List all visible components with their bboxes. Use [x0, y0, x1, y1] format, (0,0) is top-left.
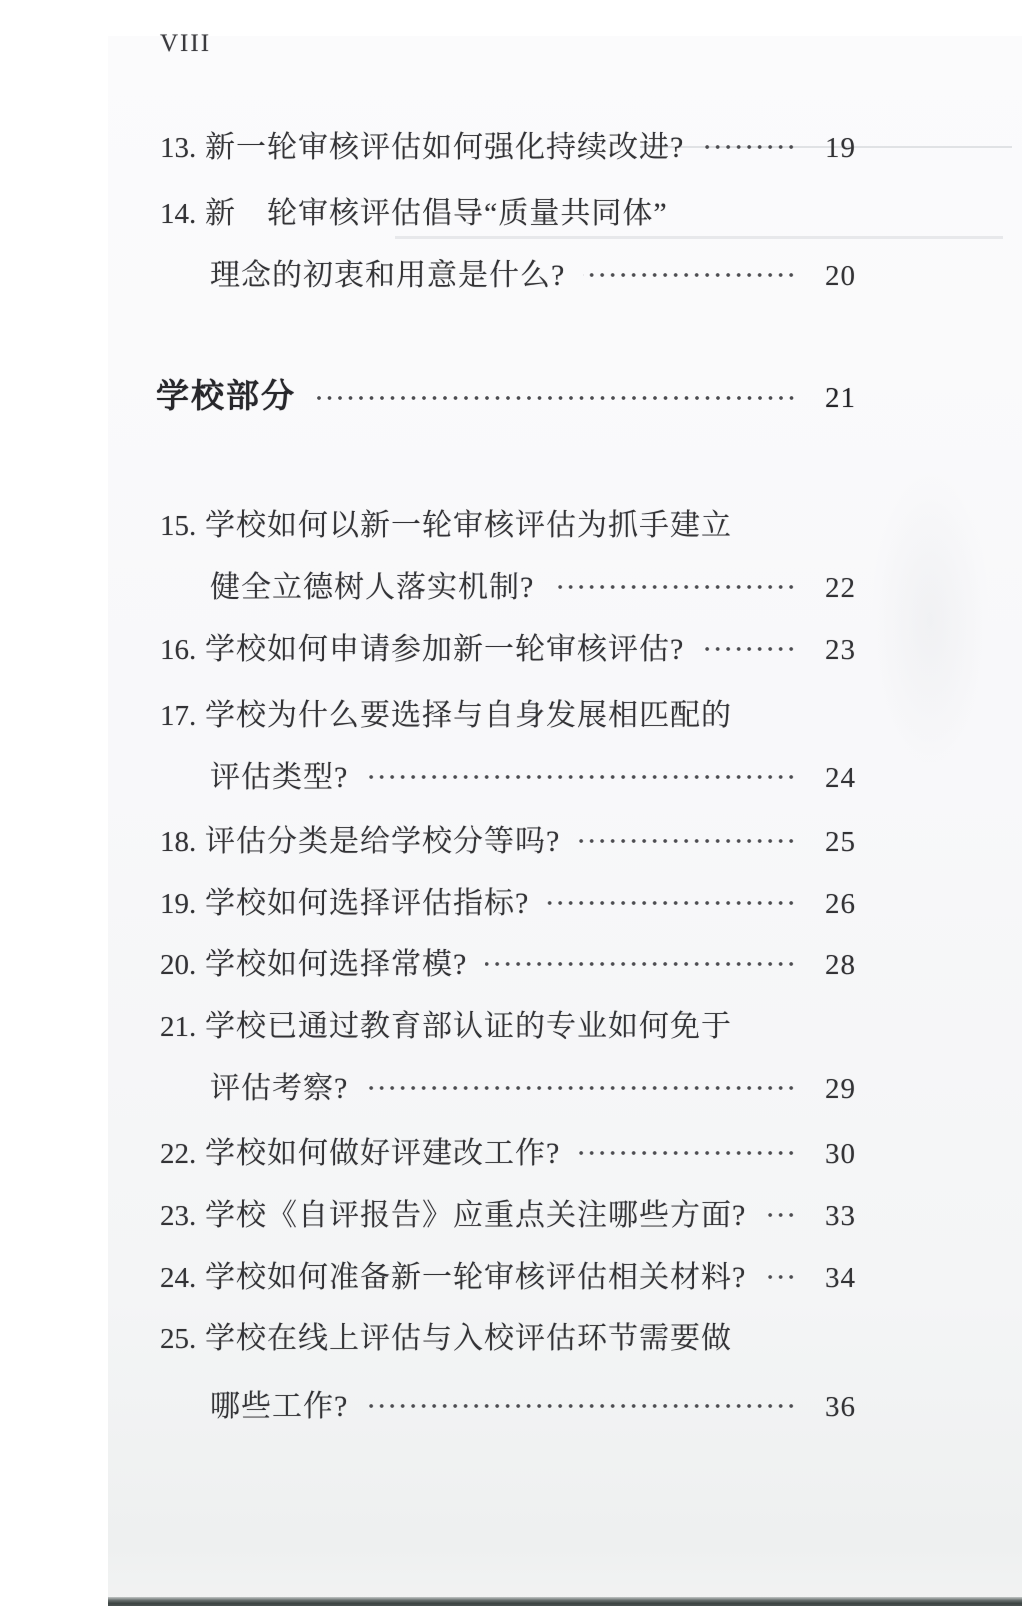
- entry-text: 新一轮审核评估如何强化持续改进?: [205, 122, 684, 166]
- entry-text: 学校如何准备新一轮审核评估相关材料?: [205, 1252, 746, 1296]
- dot-leader: [547, 897, 798, 909]
- entry-text: 评估考察?: [210, 1063, 348, 1107]
- dot-leader: [366, 771, 798, 783]
- entry-text: 哪些工作?: [210, 1381, 348, 1425]
- entry-page: 29: [812, 1073, 856, 1106]
- entry-text: 健全立德树人落实机制?: [210, 562, 534, 606]
- entry-number: 14.: [160, 198, 205, 231]
- entry-page: 36: [812, 1391, 856, 1424]
- entry-number: 17.: [160, 700, 205, 733]
- toc-entry: 15. 学校如何以新一轮审核评估为抓手建立: [160, 500, 856, 544]
- toc-entry: 22. 学校如何做好评建改工作? 30: [160, 1128, 856, 1172]
- dot-leader: [764, 1209, 798, 1221]
- entry-page: 21: [812, 382, 856, 415]
- toc-entry-continuation: 理念的初衷和用意是什么? 20: [210, 250, 856, 294]
- toc-entry: 16. 学校如何申请参加新一轮审核评估? 23: [160, 624, 856, 668]
- toc-entry: 14. 新 轮审核评估倡导“质量共同体”: [160, 188, 856, 232]
- section-title: 学校部分: [156, 370, 296, 417]
- toc-entry: 17. 学校为什么要选择与自身发展相匹配的: [160, 690, 856, 734]
- entry-text: 学校如何申请参加新一轮审核评估?: [205, 624, 684, 668]
- dot-leader: [702, 141, 798, 153]
- entry-text: 学校为什么要选择与自身发展相匹配的: [205, 690, 732, 734]
- entry-number: 24.: [160, 1262, 205, 1295]
- entry-text: 学校已通过教育部认证的专业如何免于: [205, 1001, 732, 1045]
- dot-leader: [366, 1400, 798, 1412]
- entry-text: 学校如何选择评估指标?: [205, 878, 529, 922]
- entry-page: 24: [812, 762, 856, 795]
- entry-text: 学校如何选择常模?: [205, 939, 467, 983]
- toc-entry-continuation: 评估考察? 29: [210, 1063, 856, 1107]
- dot-leader: [583, 269, 798, 281]
- dot-leader: [552, 581, 798, 593]
- toc-entry: 23. 学校《自评报告》应重点关注哪些方面? 33: [160, 1190, 856, 1234]
- toc-entry: 21. 学校已通过教育部认证的专业如何免于: [160, 1001, 856, 1045]
- entry-number: 16.: [160, 634, 205, 667]
- entry-text: 学校如何做好评建改工作?: [205, 1128, 560, 1172]
- entry-page: 34: [812, 1262, 856, 1295]
- entry-page: 33: [812, 1200, 856, 1233]
- toc-entry: 18. 评估分类是给学校分等吗? 25: [160, 816, 856, 860]
- entry-page: 22: [812, 572, 856, 605]
- entry-number: 18.: [160, 826, 205, 859]
- toc-entry: 25. 学校在线上评估与入校评估环节需要做: [160, 1313, 856, 1357]
- toc-entry-continuation: 评估类型? 24: [210, 752, 856, 796]
- entry-number: 20.: [160, 949, 205, 982]
- entry-number: 13.: [160, 132, 205, 165]
- entry-page: 25: [812, 826, 856, 859]
- page-edge-shadow: [108, 1597, 1022, 1606]
- entry-page: 28: [812, 949, 856, 982]
- dot-leader: [366, 1082, 798, 1094]
- entry-page: 20: [812, 260, 856, 293]
- dot-leader: [764, 1271, 798, 1283]
- toc-entry: 20. 学校如何选择常模? 28: [160, 939, 856, 983]
- toc-entry-continuation: 健全立德树人落实机制? 22: [210, 562, 856, 606]
- dot-leader: [578, 835, 798, 847]
- entry-text: 学校在线上评估与入校评估环节需要做: [205, 1313, 732, 1357]
- toc-entry: 24. 学校如何准备新一轮审核评估相关材料? 34: [160, 1252, 856, 1296]
- toc-entry: 19. 学校如何选择评估指标? 26: [160, 878, 856, 922]
- dot-leader: [578, 1147, 798, 1159]
- toc-entry-continuation: 哪些工作? 36: [210, 1381, 856, 1425]
- entry-text: 学校《自评报告》应重点关注哪些方面?: [205, 1190, 746, 1234]
- entry-page: 26: [812, 888, 856, 921]
- entry-number: 23.: [160, 1200, 205, 1233]
- toc-entry: 13. 新一轮审核评估如何强化持续改进? 19: [160, 122, 856, 166]
- entry-number: 15.: [160, 510, 205, 543]
- entry-page: 19: [812, 132, 856, 165]
- entry-text: 新 轮审核评估倡导“质量共同体”: [205, 188, 668, 232]
- entry-text: 学校如何以新一轮审核评估为抓手建立: [205, 500, 732, 544]
- entry-number: 19.: [160, 888, 205, 921]
- section-heading: 学校部分 21: [156, 370, 856, 417]
- dot-leader: [485, 958, 798, 970]
- entry-page: 30: [812, 1138, 856, 1171]
- dot-leader: [314, 392, 798, 404]
- entry-page: 23: [812, 634, 856, 667]
- dot-leader: [702, 643, 798, 655]
- scanned-document: VIII 13. 新一轮审核评估如何强化持续改进? 19 14. 新 轮审核评估…: [0, 0, 1022, 1606]
- entry-number: 22.: [160, 1138, 205, 1171]
- entry-number: 25.: [160, 1323, 205, 1356]
- entry-number: 21.: [160, 1011, 205, 1044]
- entry-text: 评估类型?: [210, 752, 348, 796]
- page-number-header: VIII: [160, 30, 211, 58]
- entry-text: 评估分类是给学校分等吗?: [205, 816, 560, 860]
- entry-text: 理念的初衷和用意是什么?: [210, 250, 565, 294]
